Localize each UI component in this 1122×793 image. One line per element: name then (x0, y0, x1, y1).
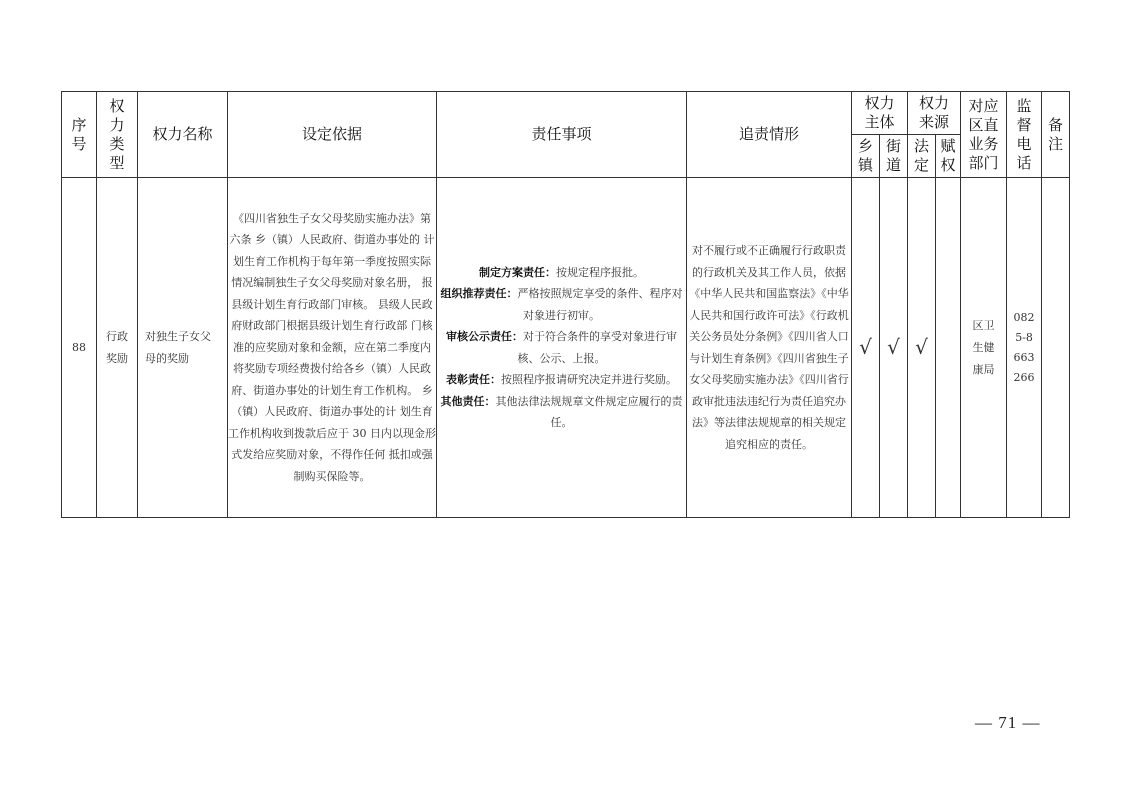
duty-item: 其他责任：其他法律法规规章文件规定应履行的责任。 (437, 391, 686, 434)
phone-line: 663 (1007, 348, 1041, 368)
duty-label: 制定方案责任： (479, 266, 556, 279)
duty-label: 表彰责任： (446, 373, 501, 386)
header-source-delegated: 赋权 (936, 135, 961, 178)
dept-line: 生健 (961, 337, 1006, 359)
duty-text: 其他法律法规规章文件规定应履行的责任。 (496, 395, 683, 430)
cell-phone: 082 5-8 663 266 (1007, 178, 1042, 518)
duty-label: 审核公示责任： (446, 330, 523, 343)
duty-text: 按照程序报请研究决定并进行奖励。 (501, 373, 677, 386)
phone-line: 266 (1007, 368, 1041, 388)
cell-source-delegated (936, 178, 961, 518)
header-remark: 备注 (1042, 92, 1070, 178)
page-number: — 71 — (975, 713, 1041, 733)
cell-duty: 制定方案责任：按规定程序报批。 组织推荐责任：严格按照规定享受的条件、程序对对象… (437, 178, 687, 518)
duty-text: 按规定程序报批。 (556, 266, 644, 279)
duty-item: 审核公示责任：对于符合条件的享受对象进行审核、公示、上报。 (437, 326, 686, 369)
duty-text: 对于符合条件的享受对象进行审核、公示、上报。 (518, 330, 678, 365)
cell-subject-township-check: √ (852, 178, 880, 518)
cell-power-type: 行政奖励 (97, 178, 138, 518)
header-basis: 设定依据 (228, 92, 437, 178)
header-power-name: 权力名称 (138, 92, 228, 178)
header-power-type: 权力类型 (97, 92, 138, 178)
duty-text: 严格按照规定享受的条件、程序对对象进行初审。 (518, 287, 683, 322)
table-row: 88 行政奖励 对独生子女父母的奖励 《四川省独生子女父母奖励实施办法》第六条 … (62, 178, 1070, 518)
dept-line: 区卫 (961, 315, 1006, 337)
cell-power-name: 对独生子女父母的奖励 (138, 178, 228, 518)
power-list-table: 序号 权力类型 权力名称 设定依据 责任事项 追责情形 权力主体 权力来源 对应… (61, 91, 1070, 518)
cell-accountability: 对不履行或不正确履行行政职责的行政机关及其工作人员，依据《中华人民共和国监察法》… (687, 178, 852, 518)
header-dept: 对应区直业务部门 (961, 92, 1007, 178)
duty-item: 制定方案责任：按规定程序报批。 (437, 262, 686, 284)
cell-subject-street-check: √ (880, 178, 908, 518)
header-power-subject: 权力主体 (852, 92, 908, 135)
cell-remark (1042, 178, 1070, 518)
header-row-1: 序号 权力类型 权力名称 设定依据 责任事项 追责情形 权力主体 权力来源 对应… (62, 92, 1070, 135)
duty-label: 组织推荐责任： (441, 287, 518, 300)
header-duty: 责任事项 (437, 92, 687, 178)
duty-item: 表彰责任：按照程序报请研究决定并进行奖励。 (437, 369, 686, 391)
header-seq: 序号 (62, 92, 97, 178)
header-subject-street: 街道 (880, 135, 908, 178)
header-phone: 监督电话 (1007, 92, 1042, 178)
header-source-statutory: 法定 (908, 135, 936, 178)
cell-seq: 88 (62, 178, 97, 518)
header-accountability: 追责情形 (687, 92, 852, 178)
cell-source-statutory-check: √ (908, 178, 936, 518)
duty-label: 其他责任： (441, 395, 496, 408)
header-subject-township: 乡镇 (852, 135, 880, 178)
duty-item: 组织推荐责任：严格按照规定享受的条件、程序对对象进行初审。 (437, 283, 686, 326)
phone-line: 082 (1007, 308, 1041, 328)
dept-line: 康局 (961, 359, 1006, 381)
cell-dept: 区卫 生健 康局 (961, 178, 1007, 518)
header-power-source: 权力来源 (908, 92, 961, 135)
phone-line: 5-8 (1007, 328, 1041, 348)
cell-basis: 《四川省独生子女父母奖励实施办法》第六条 乡（镇）人民政府、街道办事处的 计划生… (228, 178, 437, 518)
